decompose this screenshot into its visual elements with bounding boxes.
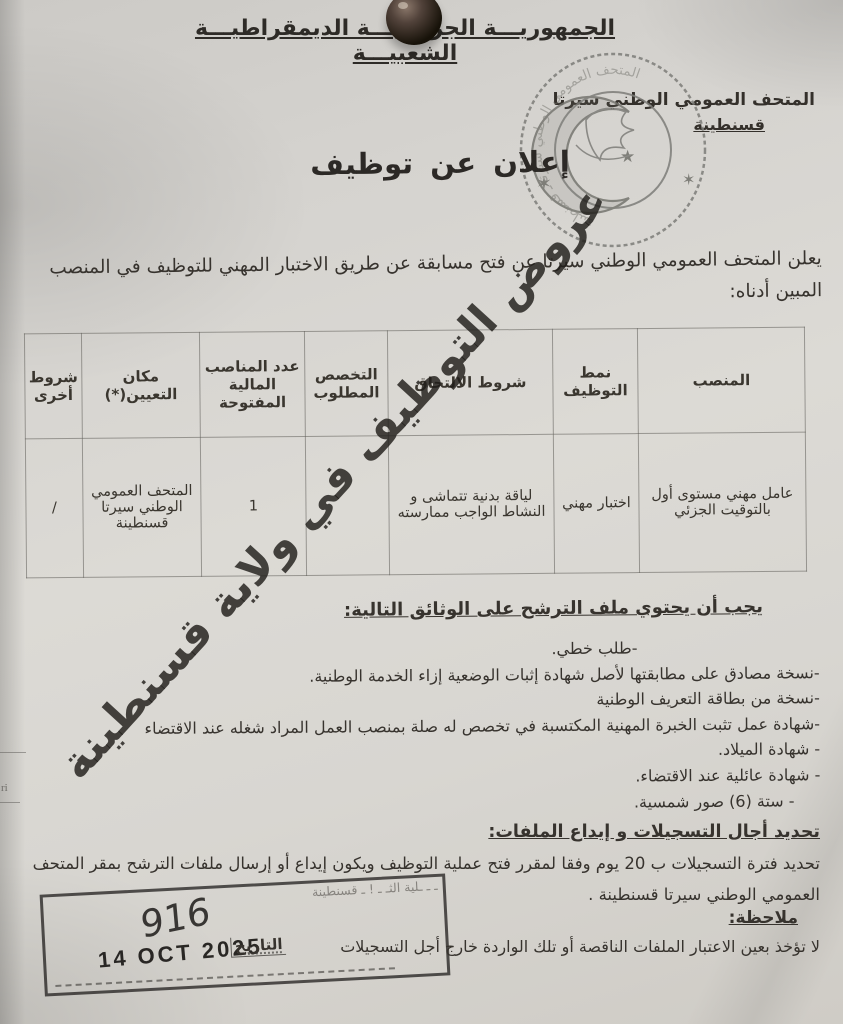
documents-list: -طلب خطي. -نسخة مصادق على مطابقتها لأصل … (17, 634, 820, 819)
col-header-open-posts: عدد المناصب المالية المفتوحة (199, 331, 305, 437)
table-header-row: المنصب نمط التوظيف شروط الالتحاق التخصص … (24, 327, 805, 439)
cell-entry-conditions: لياقة بدنية تتماشى و النشاط الواجب ممارس… (388, 434, 554, 574)
scanned-document-photo: ri الجمهوريـــة الجزائريـــة الديمقراطيـ… (0, 0, 843, 1024)
push-pin-highlight (398, 2, 408, 9)
col-header-required-specialty: التخصص المطلوب (304, 331, 388, 437)
announcement-title: إعلان عن توظيف (300, 145, 580, 182)
edge-text-fragment: ri (1, 782, 8, 794)
note-heading: ملاحظة: (729, 908, 798, 928)
documents-section-heading: يجب أن يحتوي ملف الترشح على الوثائق التا… (344, 596, 763, 621)
intro-paragraph: يعلن المتحف العمومي الوطني سيرتا عن فتح … (20, 243, 823, 316)
vacancy-table: المنصب نمط التوظيف شروط الالتحاق التخصص … (24, 327, 807, 579)
deadline-section-heading: تحديد أجال التسجيلات و إيداع الملفات: (488, 822, 820, 842)
col-header-recruitment-mode: نمط التوظيف (552, 329, 638, 435)
col-header-position: المنصب (637, 327, 805, 433)
note-body: لا تؤخذ بعين الاعتبار الملفات الناقصة أو… (200, 937, 820, 956)
col-header-entry-conditions: شروط الالتحاق (387, 329, 553, 435)
registry-date-stamp: ـ ـ ـلية الثـ ـ ! ـ قسنطينة 916 14 OCT 2… (40, 873, 451, 996)
cell-position: عامل مهني مستوى أول بالتوقيت الجزئي (638, 432, 806, 572)
cell-assignment-place: المتحف العمومي الوطني سيرتا قسنطينة (82, 437, 201, 577)
col-header-other-conditions: شروط أخرى (24, 333, 82, 438)
table-data-row: عامل مهني مستوى أول بالتوقيت الجزئي اختب… (25, 432, 806, 578)
cell-other-conditions: / (25, 438, 83, 577)
list-item: - ستة (6) صور شمسية. (18, 788, 794, 819)
under-sheet-line (0, 802, 20, 803)
cell-open-posts: 1 (200, 436, 306, 576)
cell-required-specialty (305, 436, 389, 576)
col-header-assignment-place: مكان التعيين(*) (81, 332, 200, 438)
star-icon: ✶ (682, 170, 695, 189)
cell-recruitment-mode: اختبار مهني (553, 434, 639, 574)
